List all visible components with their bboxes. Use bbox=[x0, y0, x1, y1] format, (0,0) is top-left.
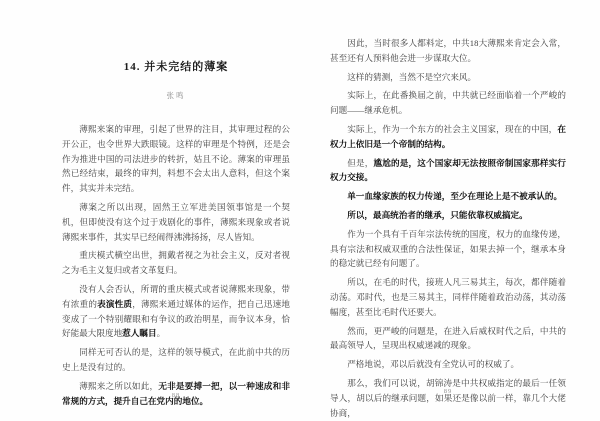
page-number-left: 88 bbox=[62, 392, 290, 399]
paragraph: 但是，尴尬的是，这个国家却无法按照帝制国家那样实行权力交接。 bbox=[330, 156, 566, 186]
paragraph: 薄案之所以出现，固然王立军进美国领事馆是一个契机，但即使没有这个过于戏剧化的事件… bbox=[62, 200, 290, 244]
left-page: 14. 并未完结的薄案 张鸣 薄熙来案的审理，引起了世界的注目，其审理过程的公开… bbox=[62, 0, 290, 421]
left-page-body: 薄熙来案的审理，引起了世界的注目，其审理过程的公开公正，也令世界大跌眼镜。这样的… bbox=[62, 122, 290, 412]
paragraph: 薄熙来案的审理，引起了世界的注目，其审理过程的公开公正，也令世界大跌眼镜。这样的… bbox=[62, 122, 290, 196]
paragraph: 同样无可否认的是，这样的领导模式，在此前中共的历史上是没有过的。 bbox=[62, 345, 290, 375]
paragraph: 所以，在毛的时代，接班人凡三易其主，每次，都伴随着动荡。邓时代，也是三易其主，同… bbox=[330, 275, 566, 319]
paragraph: 那么，我们可以说，胡锦涛是中共权威指定的最后一任领导人，胡以后的继承问题，如果还… bbox=[330, 376, 566, 420]
paragraph: 所以，最高统治者的继承，只能依靠权威搞定。 bbox=[330, 208, 566, 223]
author-name: 张鸣 bbox=[62, 90, 290, 101]
paragraph: 实际上，作为一个东方的社会主义国家，现在的中国，在权力上依旧是一个帝制的结构。 bbox=[330, 122, 566, 152]
paragraph: 单一血缘家族的权力传递，至少在理论上是不被承认的。 bbox=[330, 189, 566, 204]
right-page: 因此，当时很多人都料定，中共18大薄熙来肯定会入常，甚至还有人预料他会进一步谋取… bbox=[330, 0, 566, 421]
paragraph: 作为一个具有千百年宗法传统的国度，权力的血缘传递，具有宗法和权威双重的合法性保证… bbox=[330, 227, 566, 271]
paragraph: 因此，当时很多人都料定，中共18大薄熙来肯定会入常，甚至还有人预料他会进一步谋取… bbox=[330, 36, 566, 66]
paragraph: 没有人会否认，所谓的重庆模式或者说薄熙来现象，带有浓重的表演性质，薄熙来通过媒体… bbox=[62, 282, 290, 341]
page-number-right: 89 bbox=[330, 388, 566, 395]
right-page-body: 因此，当时很多人都料定，中共18大薄熙来肯定会入常，甚至还有人预料他会进一步谋取… bbox=[330, 36, 566, 421]
paragraph: 这样的猜测，当然不是空穴来风。 bbox=[330, 70, 566, 85]
chapter-title: 14. 并未完结的薄案 bbox=[62, 58, 290, 74]
book-spread: 14. 并未完结的薄案 张鸣 薄熙来案的审理，引起了世界的注目，其审理过程的公开… bbox=[0, 0, 600, 421]
paragraph: 然而，更严峻的问题是，在进入后威权时代之后，中共的最高领导人，呈现出权威递减的现… bbox=[330, 324, 566, 354]
paragraph: 重庆模式横空出世，拥戴者视之为社会主义，反对者视之为毛主义复归或者文革复归。 bbox=[62, 248, 290, 278]
paragraph: 严格地说，邓以后就没有全党认可的权威了。 bbox=[330, 357, 566, 372]
paragraph: 实际上，在此番换届之前，中共就已经面临着一个严峻的问题——继承危机。 bbox=[330, 88, 566, 118]
